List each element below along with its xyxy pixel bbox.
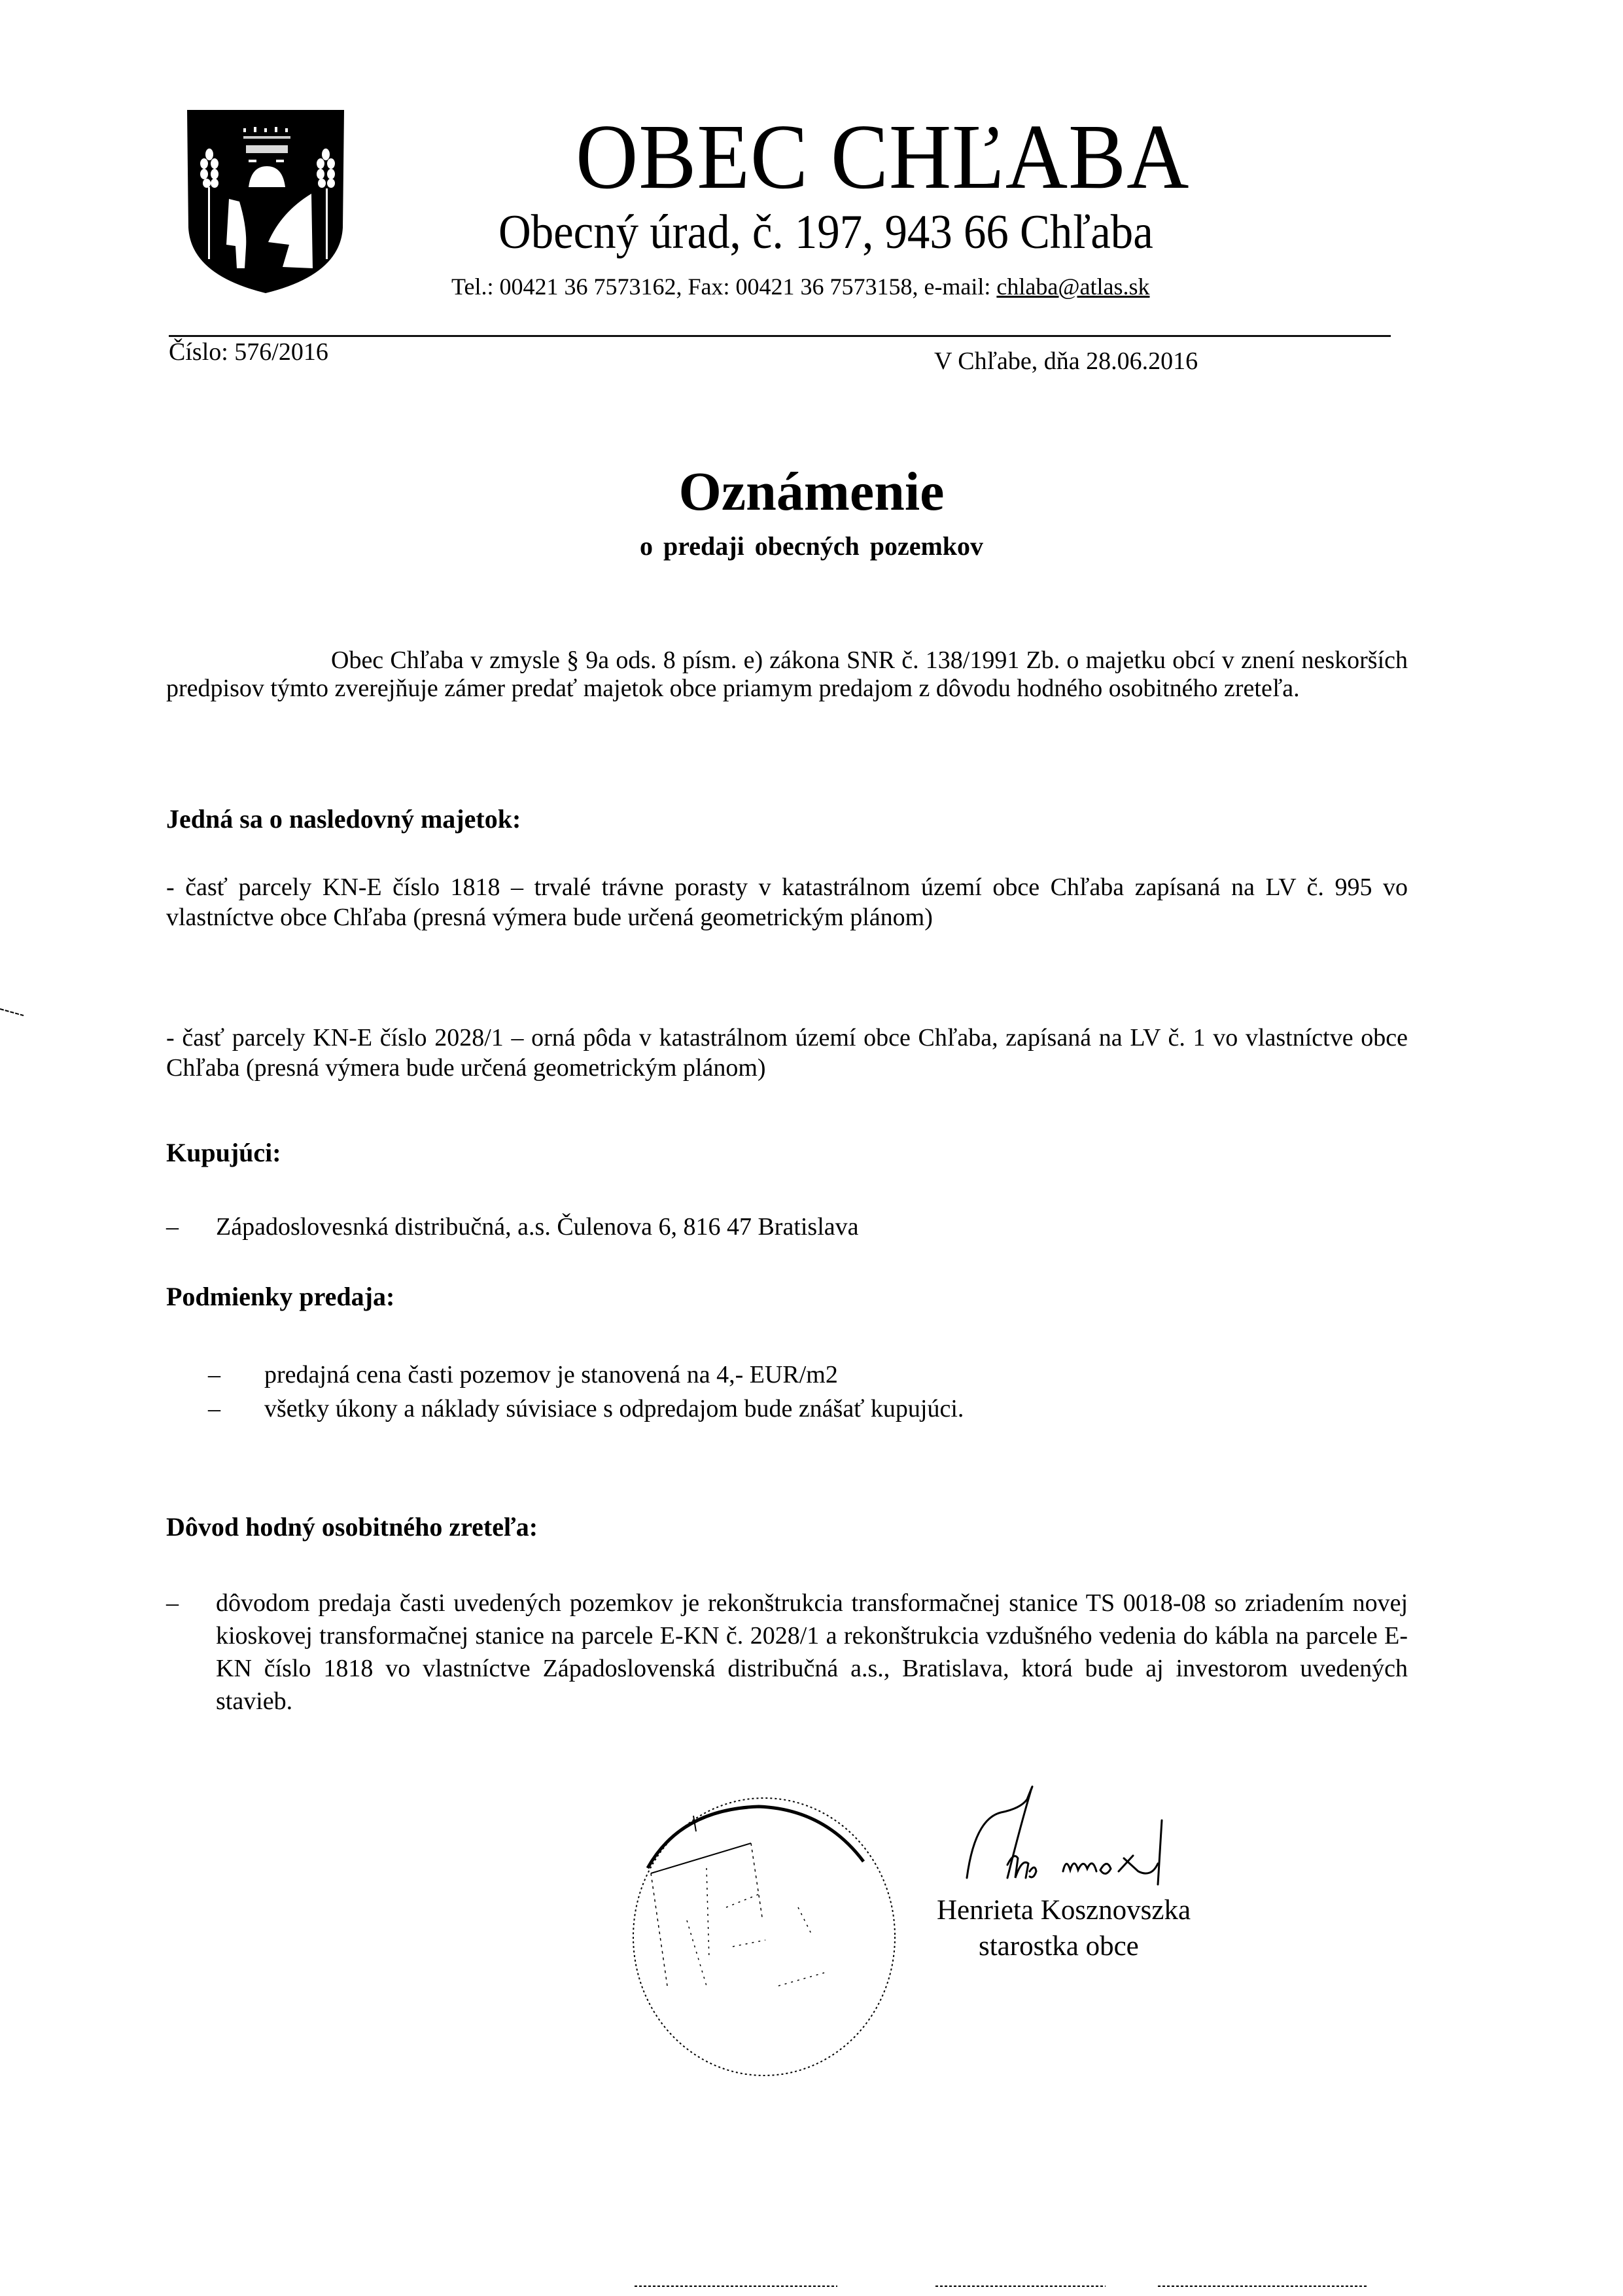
place-date: V Chľabe, dňa 28.06.2016 (934, 348, 1198, 376)
coat-of-arms-icon (183, 103, 348, 296)
org-contact: Tel.: 00421 36 7573162, Fax: 00421 36 75… (451, 275, 1150, 298)
contact-phone-fax: Tel.: 00421 36 7573162, Fax: 00421 36 75… (451, 274, 996, 300)
property-item: - časť parcely KN-E číslo 2028/1 – orná … (166, 1023, 1408, 1083)
reference-number: Číslo: 576/2016 (169, 339, 328, 366)
document-subtitle: o predaji obecných pozemkov (0, 533, 1623, 559)
list-bullet: – (208, 1358, 220, 1391)
signer-name: Henrieta Kosznovszka (937, 1896, 1191, 1924)
condition-item: – predajná cena časti pozemov je stanove… (166, 1358, 1408, 1391)
condition-text: všetky úkony a náklady súvisiace s odpre… (264, 1392, 1408, 1425)
reason-item: – dôvodom predaja časti uvedených pozemk… (166, 1587, 1408, 1718)
section-heading-property: Jedná sa o nasledovný majetok: (166, 806, 521, 832)
list-bullet: – (166, 1587, 179, 1619)
document-title: Oznámenie (0, 465, 1623, 520)
buyer-text: Západoslovesnká distribučná, a.s. Čuleno… (216, 1210, 1408, 1243)
signature-icon (962, 1780, 1210, 1898)
scan-mark-icon (124, 2284, 1367, 2290)
signer-role: starostka obce (979, 1932, 1139, 1960)
org-address: Obecný úrad, č. 197, 943 66 Chľaba (498, 208, 1153, 256)
section-heading-buyer: Kupujúci: (166, 1140, 281, 1166)
condition-item: – všetky úkony a náklady súvisiace s odp… (166, 1392, 1408, 1425)
condition-text: predajná cena časti pozemov je stanovená… (264, 1358, 1408, 1391)
list-bullet: – (208, 1392, 220, 1425)
scan-mark-icon (0, 1008, 26, 1017)
reason-text: dôvodom predaja časti uvedených pozemkov… (216, 1587, 1408, 1718)
list-bullet: – (166, 1210, 179, 1243)
intro-paragraph: Obec Chľaba v zmysle § 9a ods. 8 písm. e… (166, 646, 1408, 703)
property-item: - časť parcely KN-E číslo 1818 – trvalé … (166, 872, 1408, 932)
stamp-icon (628, 1790, 903, 2081)
section-heading-conditions: Podmienky predaja: (166, 1284, 394, 1310)
buyer-item: – Západoslovesnká distribučná, a.s. Čule… (166, 1210, 1408, 1243)
email-link[interactable]: chlaba@atlas.sk (996, 274, 1149, 300)
org-name: OBEC CHĽABA (576, 110, 1189, 203)
section-heading-reason: Dôvod hodný osobitného zreteľa: (166, 1514, 538, 1540)
letterhead-divider (169, 335, 1391, 337)
